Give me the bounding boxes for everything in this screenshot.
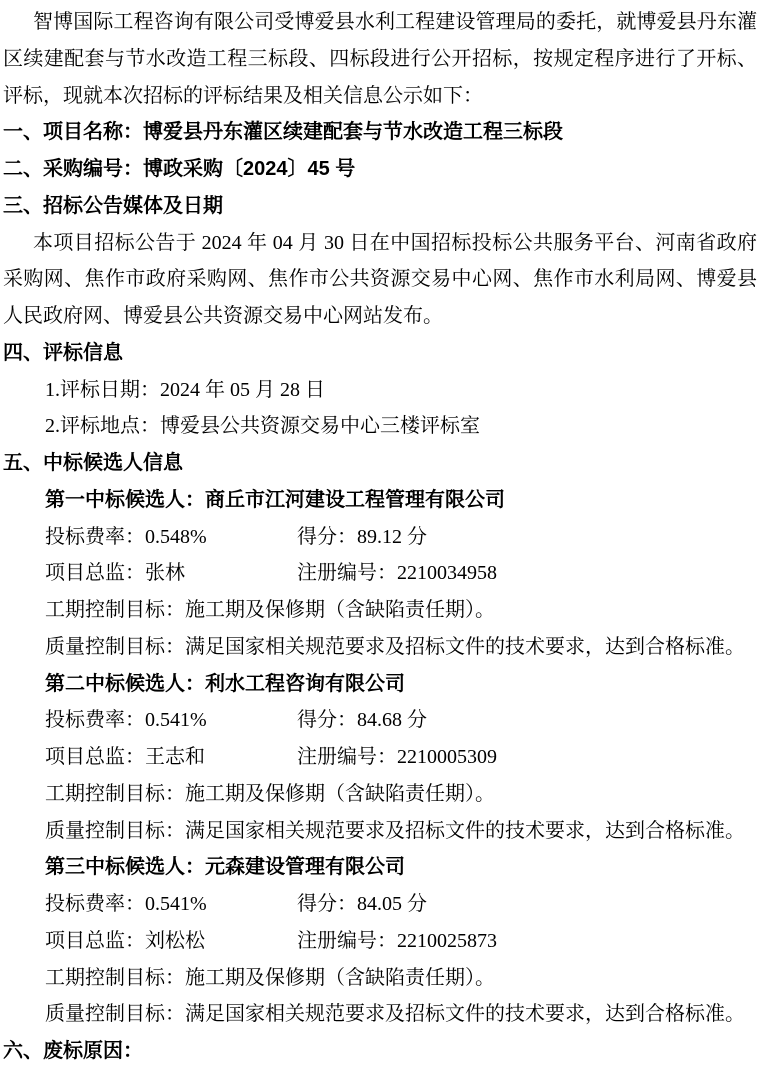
heading-rejection-reason: 六、废标原因：: [3, 1033, 757, 1069]
evaluation-date-item: 1.评标日期：2024 年 05 月 28 日: [3, 372, 757, 409]
project-director-label: 项目总监：: [45, 746, 145, 768]
registration-number: 注册编号：2210005309: [297, 739, 757, 776]
candidate-3-director-registration-row: 项目总监：刘松松 注册编号：2210025873: [3, 923, 757, 960]
project-director-label: 项目总监：: [45, 930, 145, 952]
registration-number: 注册编号：2210034958: [297, 555, 757, 592]
evaluation-location-item: 2.评标地点：博爱县公共资源交易中心三楼评标室: [3, 408, 757, 445]
registration-number-value: 2210025873: [397, 930, 497, 952]
heading-announcement-media: 三、招标公告媒体及日期: [3, 188, 757, 225]
quality-target: 质量控制目标：满足国家相关规范要求及招标文件的技术要求，达到合格标准。: [3, 813, 757, 850]
quality-target: 质量控制目标：满足国家相关规范要求及招标文件的技术要求，达到合格标准。: [3, 996, 757, 1033]
candidate-2-director-registration-row: 项目总监：王志和 注册编号：2210005309: [3, 739, 757, 776]
candidate-3-rate-score-row: 投标费率：0.541% 得分：84.05 分: [3, 886, 757, 923]
registration-number-value: 2210005309: [397, 746, 497, 768]
bid-rate-label: 投标费率：: [45, 893, 145, 915]
intro-paragraph: 智博国际工程咨询有限公司受博爱县水利工程建设管理局的委托，就博爱县丹东灌区续建配…: [3, 4, 757, 114]
score-value: 84.05 分: [357, 893, 427, 915]
project-director-value: 刘松松: [145, 930, 205, 952]
score-label: 得分：: [297, 893, 357, 915]
duration-target: 工期控制目标：施工期及保修期（含缺陷责任期）。: [3, 592, 757, 629]
registration-number-label: 注册编号：: [297, 746, 397, 768]
candidate-2-rate-score-row: 投标费率：0.541% 得分：84.68 分: [3, 702, 757, 739]
heading-evaluation-info: 四、评标信息: [3, 335, 757, 372]
candidate-3-title: 第三中标候选人：元森建设管理有限公司: [3, 849, 757, 886]
score: 得分：89.12 分: [297, 519, 757, 556]
quality-target: 质量控制目标：满足国家相关规范要求及招标文件的技术要求，达到合格标准。: [3, 629, 757, 666]
bid-rate-label: 投标费率：: [45, 526, 145, 548]
candidate-1-title: 第一中标候选人：商丘市江河建设工程管理有限公司: [3, 482, 757, 519]
duration-target-label: 工期控制目标：: [45, 783, 185, 805]
quality-target-label: 质量控制目标：: [45, 1003, 185, 1025]
score-label: 得分：: [297, 526, 357, 548]
score: 得分：84.05 分: [297, 886, 757, 923]
duration-target-label: 工期控制目标：: [45, 967, 185, 989]
score-label: 得分：: [297, 709, 357, 731]
registration-number: 注册编号：2210025873: [297, 923, 757, 960]
bid-rate-value: 0.541%: [145, 709, 207, 731]
duration-target: 工期控制目标：施工期及保修期（含缺陷责任期）。: [3, 776, 757, 813]
quality-target-value: 满足国家相关规范要求及招标文件的技术要求，达到合格标准。: [185, 636, 745, 658]
duration-target-value: 施工期及保修期（含缺陷责任期）。: [185, 599, 495, 621]
bid-rate: 投标费率：0.541%: [45, 702, 297, 739]
project-director-label: 项目总监：: [45, 562, 145, 584]
duration-target-value: 施工期及保修期（含缺陷责任期）。: [185, 967, 495, 989]
candidate-1-director-registration-row: 项目总监：张林 注册编号：2210034958: [3, 555, 757, 592]
bid-rate: 投标费率：0.548%: [45, 519, 297, 556]
quality-target-value: 满足国家相关规范要求及招标文件的技术要求，达到合格标准。: [185, 1003, 745, 1025]
project-director: 项目总监：王志和: [45, 739, 297, 776]
duration-target-label: 工期控制目标：: [45, 599, 185, 621]
quality-target-label: 质量控制目标：: [45, 636, 185, 658]
candidate-1-rate-score-row: 投标费率：0.548% 得分：89.12 分: [3, 519, 757, 556]
quality-target-value: 满足国家相关规范要求及招标文件的技术要求，达到合格标准。: [185, 820, 745, 842]
heading-candidates-info: 五、中标候选人信息: [3, 445, 757, 482]
bid-evaluation-announcement: 智博国际工程咨询有限公司受博爱县水利工程建设管理局的委托，就博爱县丹东灌区续建配…: [0, 0, 759, 1069]
bid-rate-value: 0.548%: [145, 526, 207, 548]
project-director-value: 王志和: [145, 746, 205, 768]
score-value: 84.68 分: [357, 709, 427, 731]
registration-number-label: 注册编号：: [297, 562, 397, 584]
duration-target-value: 施工期及保修期（含缺陷责任期）。: [185, 783, 495, 805]
bid-rate-label: 投标费率：: [45, 709, 145, 731]
score-value: 89.12 分: [357, 526, 427, 548]
candidate-1-section: 第一中标候选人：商丘市江河建设工程管理有限公司 投标费率：0.548% 得分：8…: [3, 482, 757, 666]
candidate-3-section: 第三中标候选人：元森建设管理有限公司 投标费率：0.541% 得分：84.05 …: [3, 849, 757, 1033]
project-director-value: 张林: [145, 562, 185, 584]
project-director: 项目总监：刘松松: [45, 923, 297, 960]
registration-number-value: 2210034958: [397, 562, 497, 584]
duration-target: 工期控制目标：施工期及保修期（含缺陷责任期）。: [3, 960, 757, 997]
candidate-2-title: 第二中标候选人：利水工程咨询有限公司: [3, 666, 757, 703]
bid-rate-value: 0.541%: [145, 893, 207, 915]
score: 得分：84.68 分: [297, 702, 757, 739]
heading-project-name: 一、项目名称：博爱县丹东灌区续建配套与节水改造工程三标段: [3, 114, 757, 151]
registration-number-label: 注册编号：: [297, 930, 397, 952]
quality-target-label: 质量控制目标：: [45, 820, 185, 842]
candidate-2-section: 第二中标候选人：利水工程咨询有限公司 投标费率：0.541% 得分：84.68 …: [3, 666, 757, 850]
project-director: 项目总监：张林: [45, 555, 297, 592]
announcement-paragraph: 本项目招标公告于 2024 年 04 月 30 日在中国招标投标公共服务平台、河…: [3, 225, 757, 335]
heading-procurement-number: 二、采购编号：博政采购〔2024〕45 号: [3, 151, 757, 188]
bid-rate: 投标费率：0.541%: [45, 886, 297, 923]
